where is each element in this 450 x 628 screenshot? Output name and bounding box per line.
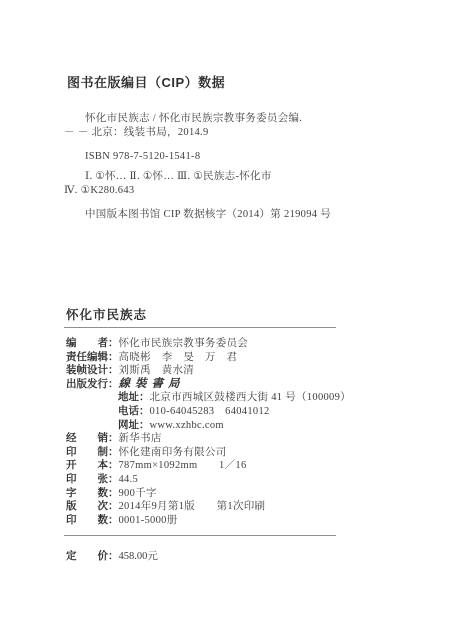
field-value: 44.5 xyxy=(119,473,139,487)
divider-top xyxy=(64,327,336,328)
field-label: 经 销： xyxy=(66,432,119,446)
colophon-row-print-run: 印 数： 0001-5000册 xyxy=(66,514,416,528)
colophon-row-wordcount: 字 数： 900千字 xyxy=(66,487,416,501)
field-value: 高晓彬 李 旻 万 君 xyxy=(119,351,238,365)
field-value: 怀化建南印务有限公司 xyxy=(119,446,227,460)
field-value: 010-64045283 64041012 xyxy=(150,405,270,419)
cip-classification-line2: Ⅳ. ①K280.643 xyxy=(64,184,134,198)
field-label: 印 数： xyxy=(66,514,119,528)
field-label: 装帧设计： xyxy=(66,364,119,378)
price-row: 定 价： 458.00元 xyxy=(66,548,158,563)
field-label: 编 者： xyxy=(66,337,119,351)
colophon-row-edition: 版 次： 2014年9月第1版 第1次印刷 xyxy=(66,500,416,514)
field-value: 新华书店 xyxy=(119,432,162,446)
colophon-row-distribution: 经 销： 新华书店 xyxy=(66,432,416,446)
website-url: www.xzhbc.com xyxy=(150,419,224,433)
book-title: 怀化市民族志 xyxy=(66,305,147,323)
colophon-row-responsible-editor: 责任编辑： 高晓彬 李 旻 万 君 xyxy=(66,351,416,365)
field-label: 网址： xyxy=(118,419,150,433)
colophon-row-publisher: 出版发行： 線裝書局 xyxy=(66,378,416,392)
price-value: 458.00元 xyxy=(119,548,158,563)
price-label: 定 价： xyxy=(66,548,119,563)
cip-record-number: 中国版本图书馆 CIP 数据核字（2014）第 219094 号 xyxy=(85,208,331,222)
cip-classification-line1: Ⅰ. ①怀… Ⅱ. ①怀… Ⅲ. ①民族志-怀化市 xyxy=(85,170,272,184)
field-label: 字 数： xyxy=(66,487,119,501)
colophon-row-design: 装帧设计： 刘斯禹 黄水清 xyxy=(66,364,416,378)
field-label: 印 张： xyxy=(66,473,119,487)
publisher-logotype: 線裝書局 xyxy=(119,378,185,392)
colophon-block: 编 者： 怀化市民族宗教事务委员会 责任编辑： 高晓彬 李 旻 万 君 装帧设计… xyxy=(66,337,416,527)
colophon-row-format: 开 本： 787mm×1092mm 1／16 xyxy=(66,459,416,473)
divider-bottom xyxy=(64,535,336,536)
field-value: 北京市西城区鼓楼西大街 41 号（100009） xyxy=(150,391,351,405)
colophon-row-editor: 编 者： 怀化市民族宗教事务委员会 xyxy=(66,337,416,351)
colophon-row-address: 地址： 北京市西城区鼓楼西大街 41 号（100009） xyxy=(66,391,416,405)
colophon-row-printer: 印 制： 怀化建南印务有限公司 xyxy=(66,446,416,460)
colophon-row-sheets: 印 张： 44.5 xyxy=(66,473,416,487)
isbn-number: ISBN 978-7-5120-1541-8 xyxy=(85,150,200,164)
colophon-row-website: 网址： www.xzhbc.com xyxy=(66,419,416,433)
copyright-page: 图书在版编目（CIP）数据 怀化市民族志 / 怀化市民族宗教事务委员会编. － … xyxy=(0,0,450,628)
field-label: 责任编辑： xyxy=(66,351,119,365)
field-value: 刘斯禹 黄水清 xyxy=(119,364,195,378)
field-value: 787mm×1092mm 1／16 xyxy=(119,459,247,473)
field-value: 900千字 xyxy=(119,487,157,501)
cip-entry-line2: － － 北京：线装书局，2014.9 xyxy=(64,126,209,140)
cip-entry-line1: 怀化市民族志 / 怀化市民族宗教事务委员会编. xyxy=(85,112,302,126)
field-label: 电话： xyxy=(118,405,150,419)
field-label: 印 制： xyxy=(66,446,119,460)
cip-heading: 图书在版编目（CIP）数据 xyxy=(67,72,225,91)
field-value: 怀化市民族宗教事务委员会 xyxy=(119,337,249,351)
field-label: 地址： xyxy=(118,391,150,405)
field-value: 0001-5000册 xyxy=(119,514,178,528)
field-value: 2014年9月第1版 第1次印刷 xyxy=(119,500,266,514)
colophon-row-phone: 电话： 010-64045283 64041012 xyxy=(66,405,416,419)
field-label: 版 次： xyxy=(66,500,119,514)
field-label: 开 本： xyxy=(66,459,119,473)
field-label: 出版发行： xyxy=(66,378,119,392)
